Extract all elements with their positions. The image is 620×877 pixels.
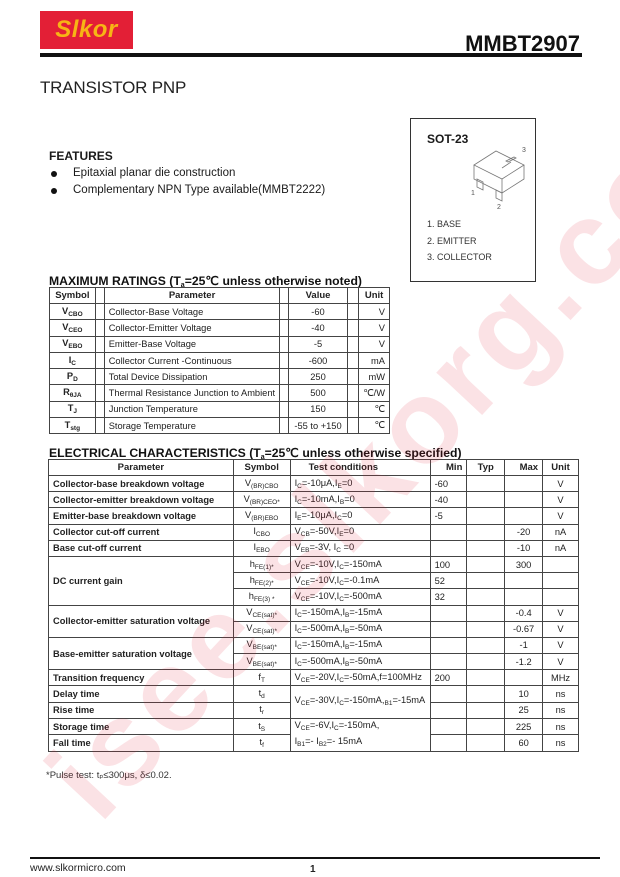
feature-item: Epitaxial planar die construction (49, 165, 325, 182)
parameter-cell: Storage Temperature (104, 418, 280, 434)
max-cell: -20 (505, 524, 543, 540)
table-row: Emitter-base breakdown voltageV(BR)EBOIE… (49, 508, 579, 524)
min-cell (430, 718, 467, 735)
condition-cell: IC=-500mA,IB=-50mA (290, 654, 430, 670)
symbol-cell: PD (50, 369, 96, 385)
typ-cell (467, 540, 505, 556)
parameter-cell: Collector Current -Continuous (104, 352, 280, 368)
parameter-cell: DC current gain (49, 556, 234, 605)
sot23-package-icon: 3 1 2 (466, 141, 530, 211)
min-cell: -40 (430, 492, 467, 508)
table-row: ICCollector Current -Continuous-600mA (50, 352, 390, 368)
typ-cell (467, 670, 505, 686)
min-cell (430, 686, 467, 702)
table-header-row: Symbol Parameter Value Unit (50, 288, 390, 304)
package-box: SOT-23 3 1 2 1. BASE 2. EMITTER 3. COLLE… (410, 118, 536, 282)
min-cell (430, 735, 467, 752)
condition-cell: IC=-150mA,IB=-15mA (290, 605, 430, 621)
unit-cell: ℃ (359, 401, 390, 417)
min-cell (430, 654, 467, 670)
value-cell: 150 (289, 401, 347, 417)
value-cell: -40 (289, 320, 347, 336)
table-row: Storage timetSVCE=-6V,IC=-150mA,IB1=- IB… (49, 718, 579, 735)
parameter-cell: Fall time (49, 735, 234, 752)
symbol-cell: tS (233, 718, 290, 735)
parameter-cell: Collector-emitter saturation voltage (49, 605, 234, 637)
unit-cell: V (543, 476, 579, 492)
min-cell (430, 621, 467, 637)
symbol-cell: tr (233, 702, 290, 718)
min-cell: 32 (430, 589, 467, 605)
max-cell: 10 (505, 686, 543, 702)
typ-cell (467, 476, 505, 492)
parameter-cell: Junction Temperature (104, 401, 280, 417)
svg-text:1: 1 (471, 190, 475, 197)
unit-cell (543, 556, 579, 572)
col-typ: Typ (467, 460, 505, 476)
parameter-cell: Base-emitter saturation voltage (49, 637, 234, 669)
parameter-cell: Total Device Dissipation (104, 369, 280, 385)
table-header-row: Parameter Symbol Test conditions Min Typ… (49, 460, 579, 476)
parameter-cell: Rise time (49, 702, 234, 718)
parameter-cell: Collector-base breakdown voltage (49, 476, 234, 492)
condition-cell: IE=-10μA,IC=0 (290, 508, 430, 524)
max-cell: -1 (505, 637, 543, 653)
unit-cell: V (543, 637, 579, 653)
parameter-cell: Base cut-off current (49, 540, 234, 556)
symbol-cell: VBE(sat)* (233, 654, 290, 670)
max-cell: 225 (505, 718, 543, 735)
table-row: VCEOCollector-Emitter Voltage-40V (50, 320, 390, 336)
value-cell: 500 (289, 385, 347, 401)
condition-cell: IC=-500mA,IB=-50mA (290, 621, 430, 637)
symbol-cell: IEBO (233, 540, 290, 556)
pin-emitter: 2. EMITTER (427, 233, 492, 250)
parameter-cell: Collector-Base Voltage (104, 304, 280, 320)
unit-cell: ns (543, 718, 579, 735)
unit-cell: V (359, 336, 390, 352)
unit-cell: V (543, 605, 579, 621)
min-cell: 52 (430, 573, 467, 589)
unit-cell: nA (543, 524, 579, 540)
package-name: SOT-23 (427, 132, 468, 146)
table-row: Collector-emitter saturation voltageVCE(… (49, 605, 579, 621)
footer-url[interactable]: www.slkormicro.com (30, 862, 126, 874)
unit-cell: V (543, 492, 579, 508)
table-row: VEBOEmitter-Base Voltage-5V (50, 336, 390, 352)
col-value: Value (289, 288, 347, 304)
symbol-cell: tf (233, 735, 290, 752)
bullet-icon (51, 188, 57, 194)
typ-cell (467, 605, 505, 621)
unit-cell: V (543, 654, 579, 670)
unit-cell: ns (543, 702, 579, 718)
max-cell (505, 492, 543, 508)
max-cell (505, 573, 543, 589)
symbol-cell: hFE(2)* (233, 573, 290, 589)
table-row: Base cut-off currentIEBOVEB=-3V, IC =0-1… (49, 540, 579, 556)
condition-cell: IC=-10μA,IE=0 (290, 476, 430, 492)
header-divider (40, 53, 582, 57)
svg-text:2: 2 (497, 204, 501, 211)
pin-base: 1. BASE (427, 216, 492, 233)
col-symbol: Symbol (233, 460, 290, 476)
bullet-icon (51, 171, 57, 177)
min-cell (430, 702, 467, 718)
symbol-cell: td (233, 686, 290, 702)
parameter-cell: Emitter-base breakdown voltage (49, 508, 234, 524)
unit-cell: V (543, 508, 579, 524)
table-row: Collector-emitter breakdown voltageV(BR)… (49, 492, 579, 508)
unit-cell: mW (359, 369, 390, 385)
max-ratings-table: Symbol Parameter Value Unit VCBOCollecto… (49, 287, 390, 434)
condition-cell: IC=-10mA,IB=0 (290, 492, 430, 508)
table-row: PDTotal Device Dissipation250mW (50, 369, 390, 385)
symbol-cell: fT (233, 670, 290, 686)
value-cell: -5 (289, 336, 347, 352)
table-row: TJJunction Temperature150℃ (50, 401, 390, 417)
max-cell: 60 (505, 735, 543, 752)
min-cell (430, 540, 467, 556)
typ-cell (467, 735, 505, 752)
unit-cell: V (359, 304, 390, 320)
parameter-cell: Delay time (49, 686, 234, 702)
max-cell: 25 (505, 702, 543, 718)
unit-cell: ns (543, 735, 579, 752)
page-number: 1 (310, 864, 316, 875)
symbol-cell: Tstg (50, 418, 96, 434)
table-row: VCBOCollector-Base Voltage-60V (50, 304, 390, 320)
symbol-cell: V(BR)CEO* (233, 492, 290, 508)
footnote: *Pulse test: tₚ≤300μs, δ≤0.02. (46, 770, 172, 781)
typ-cell (467, 718, 505, 735)
unit-cell: ℃/W (359, 385, 390, 401)
pin-list: 1. BASE 2. EMITTER 3. COLLECTOR (427, 216, 492, 266)
parameter-cell: Thermal Resistance Junction to Ambient (104, 385, 280, 401)
symbol-cell: VCE(sat)* (233, 621, 290, 637)
table-row: Transition frequencyfTVCE=-20V,IC=-50mA,… (49, 670, 579, 686)
unit-cell: ns (543, 686, 579, 702)
symbol-cell: V(BR)CBO (233, 476, 290, 492)
typ-cell (467, 702, 505, 718)
parameter-cell: Storage time (49, 718, 234, 735)
symbol-cell: TJ (50, 401, 96, 417)
typ-cell (467, 686, 505, 702)
symbol-cell: VCE(sat)* (233, 605, 290, 621)
min-cell: -60 (430, 476, 467, 492)
col-parameter: Parameter (104, 288, 280, 304)
features-section: FEATURES Epitaxial planar die constructi… (49, 149, 325, 199)
unit-cell: V (543, 621, 579, 637)
condition-cell: VCE=-6V,IC=-150mA,IB1=- IB2=- 15mA (290, 718, 430, 751)
unit-cell: nA (543, 540, 579, 556)
pin-collector: 3. COLLECTOR (427, 249, 492, 266)
condition-cell: VCB=-50V,IE=0 (290, 524, 430, 540)
table-row: DC current gainhFE(1)*VCE=-10V,IC=-150mA… (49, 556, 579, 572)
parameter-cell: Transition frequency (49, 670, 234, 686)
min-cell: 200 (430, 670, 467, 686)
col-symbol: Symbol (50, 288, 96, 304)
typ-cell (467, 637, 505, 653)
max-cell: 300 (505, 556, 543, 572)
min-cell (430, 524, 467, 540)
typ-cell (467, 654, 505, 670)
col-unit: Unit (543, 460, 579, 476)
col-test-conditions: Test conditions (290, 460, 430, 476)
col-min: Min (430, 460, 467, 476)
svg-text:3: 3 (522, 147, 526, 154)
unit-cell (543, 573, 579, 589)
condition-cell: VCE=-20V,IC=-50mA,f=100MHz (290, 670, 430, 686)
condition-cell: VCE=-10V,IC=-150mA (290, 556, 430, 572)
table-row: TstgStorage Temperature-55 to +150℃ (50, 418, 390, 434)
typ-cell (467, 524, 505, 540)
electrical-characteristics-table: Parameter Symbol Test conditions Min Typ… (48, 459, 579, 752)
value-cell: -60 (289, 304, 347, 320)
typ-cell (467, 621, 505, 637)
condition-cell: VCE=-10V,IC=-500mA (290, 589, 430, 605)
max-cell: -0.4 (505, 605, 543, 621)
symbol-cell: hFE(1)* (233, 556, 290, 572)
table-row: Delay timetdVCE=-30V,IC=-150mA,B1=-15mA1… (49, 686, 579, 702)
unit-cell (543, 589, 579, 605)
symbol-cell: VEBO (50, 336, 96, 352)
brand-name: Slkor (55, 16, 118, 44)
unit-cell: V (359, 320, 390, 336)
device-type: TRANSISTOR PNP (40, 78, 186, 98)
condition-cell: IC=-150mA,IB=-15mA (290, 637, 430, 653)
unit-cell: mA (359, 352, 390, 368)
max-cell: -1.2 (505, 654, 543, 670)
value-cell: 250 (289, 369, 347, 385)
condition-cell: VEB=-3V, IC =0 (290, 540, 430, 556)
feature-item: Complementary NPN Type available(MMBT222… (49, 182, 325, 199)
symbol-cell: VCBO (50, 304, 96, 320)
col-parameter: Parameter (49, 460, 234, 476)
symbol-cell: RθJA (50, 385, 96, 401)
parameter-cell: Collector-emitter breakdown voltage (49, 492, 234, 508)
symbol-cell: IC (50, 352, 96, 368)
min-cell (430, 637, 467, 653)
table-row: Collector cut-off currentICBOVCB=-50V,IE… (49, 524, 579, 540)
max-cell: -0.67 (505, 621, 543, 637)
col-max: Max (505, 460, 543, 476)
typ-cell (467, 508, 505, 524)
value-cell: -600 (289, 352, 347, 368)
parameter-cell: Collector-Emitter Voltage (104, 320, 280, 336)
max-cell (505, 589, 543, 605)
footer-divider (30, 857, 600, 859)
unit-cell: ℃ (359, 418, 390, 434)
typ-cell (467, 492, 505, 508)
condition-cell: VCE=-30V,IC=-150mA,B1=-15mA (290, 686, 430, 718)
max-cell (505, 508, 543, 524)
parameter-cell: Emitter-Base Voltage (104, 336, 280, 352)
brand-logo: Slkor (40, 11, 133, 49)
symbol-cell: VCEO (50, 320, 96, 336)
max-cell: -10 (505, 540, 543, 556)
symbol-cell: ICBO (233, 524, 290, 540)
max-cell (505, 670, 543, 686)
value-cell: -55 to +150 (289, 418, 347, 434)
min-cell (430, 605, 467, 621)
table-row: RθJAThermal Resistance Junction to Ambie… (50, 385, 390, 401)
symbol-cell: V(BR)EBO (233, 508, 290, 524)
typ-cell (467, 556, 505, 572)
typ-cell (467, 589, 505, 605)
col-unit: Unit (359, 288, 390, 304)
table-row: Base-emitter saturation voltageVBE(sat)*… (49, 637, 579, 653)
features-list: Epitaxial planar die construction Comple… (49, 165, 325, 199)
unit-cell: MHz (543, 670, 579, 686)
table-row: Collector-base breakdown voltageV(BR)CBO… (49, 476, 579, 492)
symbol-cell: hFE(3) * (233, 589, 290, 605)
symbol-cell: VBE(sat)* (233, 637, 290, 653)
max-cell (505, 476, 543, 492)
min-cell: 100 (430, 556, 467, 572)
features-title: FEATURES (49, 149, 325, 163)
typ-cell (467, 573, 505, 589)
min-cell: -5 (430, 508, 467, 524)
parameter-cell: Collector cut-off current (49, 524, 234, 540)
condition-cell: VCE=-10V,IC=-0.1mA (290, 573, 430, 589)
